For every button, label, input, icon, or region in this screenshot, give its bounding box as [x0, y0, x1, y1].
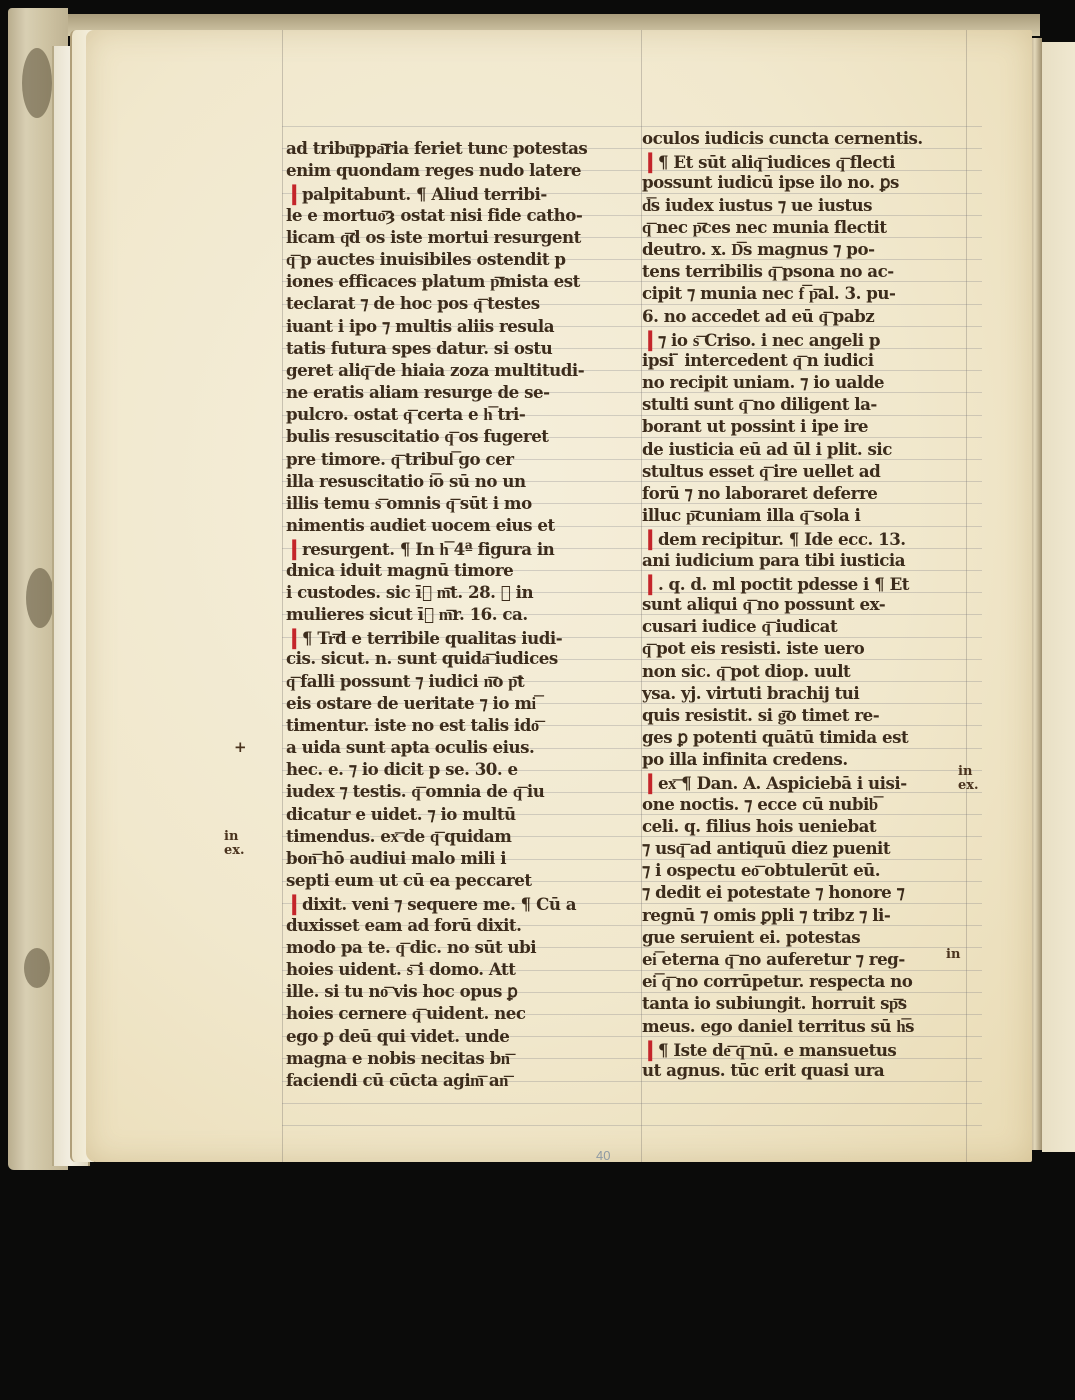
text-line-content: q͞ p auctes inuisibiles ostendit p [286, 250, 566, 270]
text-line-content: celi. q. filius hois ueniebat [642, 817, 876, 837]
text-line: dicatur e uidet. ⁊ io multū [286, 804, 619, 826]
rubricated-initial: ❙ [642, 526, 658, 550]
text-line: cipit ⁊ munia nec f͞ p͞al. 3. pu- [642, 283, 965, 305]
text-line-content: ego ꝑ deū qui videt. unde [286, 1027, 509, 1047]
text-line-content: enim quondam reges nudo latere [286, 161, 581, 181]
text-line-content: ei͞ q͞ no corrūpetur. respecta no [642, 972, 912, 992]
text-line-content: q͞ pot eis resisti. iste uero [642, 639, 864, 659]
text-line-content: illuc p͞cuniam illa q͞ sola i [642, 506, 860, 526]
text-line-content: forū ⁊ no laboraret deferre [642, 484, 877, 504]
text-line-content: ut agnus. tūc erit quasi ura [642, 1061, 884, 1081]
text-line: ❙dixit. veni ⁊ sequere me. ¶ Cū a [286, 892, 619, 914]
text-line-content: cipit ⁊ munia nec f͞ p͞al. 3. pu- [642, 284, 895, 304]
text-line: ⁊ i ospectu eo͞ obtulerūt eū. [642, 860, 965, 882]
text-line: hoies cernere q͞ uident. nec [286, 1003, 619, 1025]
text-line: possunt iudicū ipse ilo no. ꝑs [642, 172, 965, 194]
marginal-cross: + [234, 740, 247, 754]
text-line-content: ipsi ̄ intercedent q͞ n iudici [642, 351, 874, 371]
text-line-content: borant ut possint i ipe ire [642, 417, 868, 437]
text-line: ❙¶ Tr͞d e terribile qualitas iudi- [286, 626, 619, 648]
text-line-content: timentur. iste no est talis ido͞ [286, 716, 539, 736]
text-line: celi. q. filius hois ueniebat [642, 816, 965, 838]
text-column-right: oculos iudicis cuncta cernentis.❙¶ Et sū… [642, 128, 972, 1082]
text-line: teclarat ⁊ de hoc pos q͞ testes [286, 293, 619, 315]
text-line-content: stultus esset q͞ ire uellet ad [642, 462, 880, 482]
text-line: ❙dem recipitur. ¶ Ide ecc. 13. [642, 527, 965, 549]
text-line: non sic. q͞ pot diop. uult [642, 661, 965, 683]
text-line: enim quondam reges nudo latere [286, 160, 619, 182]
text-line: one noctis. ⁊ ecce cū nubib͞ [642, 794, 965, 816]
text-line: cusari iudice q͞ iudicat [642, 616, 965, 638]
rubricated-initial: ❙ [286, 625, 302, 649]
text-line: deutro. x. D͞s magnus ⁊ po- [642, 239, 965, 261]
text-line-content: le e mortuo͞ȝ ostat nisi fide catho- [286, 206, 582, 226]
text-line-content: faciendi cū cūcta agim͞ an͞ [286, 1071, 508, 1091]
text-line-content: d͞s iudex iustus ⁊ ue iustus [642, 196, 872, 216]
text-line: ei͞ eterna q͞ no auferetur ⁊ reg- [642, 949, 965, 971]
ruling-line [282, 1103, 982, 1104]
ruling-line [282, 1125, 982, 1126]
text-line-content: dnica iduit magnū timore [286, 561, 513, 581]
text-line: tatis futura spes datur. si ostu [286, 338, 619, 360]
text-line-content: ⁊ dedit ei potestate ⁊ honore ⁊ [642, 883, 904, 903]
text-line-content: pre timore. q͞ tribul͞ go cer [286, 450, 513, 470]
text-line-content: ⁊ io s͞ Criso. i nec angeli p [658, 331, 880, 351]
text-line: ego ꝑ deū qui videt. unde [286, 1026, 619, 1048]
text-line: ad tribu͞ppa͞ria feriet tunc potestas [286, 138, 619, 160]
text-line: duxisset eam ad forū dixit. [286, 915, 619, 937]
text-line-content: ¶ Et sūt aliq͞ iudices q͞ flecti [658, 153, 895, 173]
text-line-content: bon͞ hō audiui malo mili i [286, 849, 506, 869]
text-line: modo pa te. q͞ dic. no sūt ubi [286, 937, 619, 959]
text-line-content: po illa infinita credens. [642, 750, 848, 770]
text-line: ei͞ q͞ no corrūpetur. respecta no [642, 971, 965, 993]
text-line: regnū ⁊ omis ꝑpli ⁊ tribz ⁊ li- [642, 905, 965, 927]
text-line: illa resuscitatio i͞o sū no un [286, 471, 619, 493]
text-line: tanta io subiungit. horruit sp͞s [642, 993, 965, 1015]
binding-damage [26, 568, 54, 628]
text-line-content: ad tribu͞ppa͞ria feriet tunc potestas [286, 139, 587, 159]
text-line: de iusticia eū ad ūl i plit. sic [642, 439, 965, 461]
text-line: ges ꝑ potenti quātū timida est [642, 727, 965, 749]
text-line-content: q͞ falli possunt ⁊ iudici n͞o p͞t [286, 672, 524, 692]
text-line: ❙¶ Iste de͞ q͞ nū. e mansuetus [642, 1038, 965, 1060]
text-line: borant ut possint i ipe ire [642, 416, 965, 438]
text-line-content: dicatur e uidet. ⁊ io multū [286, 805, 516, 825]
text-line-content: magna e nobis necitas bn͞ [286, 1049, 510, 1069]
text-line: i custodes. sic ī᷑ m͞t. 28. ⁊ in [286, 582, 619, 604]
text-line: illuc p͞cuniam illa q͞ sola i [642, 505, 965, 527]
text-line-content: septi eum ut cū ea peccaret [286, 871, 532, 891]
folio-number: 40 [596, 1148, 610, 1163]
facing-page-edge [1042, 42, 1075, 1152]
text-line: mulieres sicut ī᷑ m͞r. 16. ca. [286, 604, 619, 626]
marginal-note-in-ex: in ex. [958, 765, 988, 793]
text-line: iones efficaces platum p͞mista est [286, 271, 619, 293]
text-line: d͞s iudex iustus ⁊ ue iustus [642, 195, 965, 217]
ruling-line [282, 126, 982, 127]
text-line-content: ⁊ usq͞ ad antiquū diez puenit [642, 839, 890, 859]
text-line: q͞ falli possunt ⁊ iudici n͞o p͞t [286, 671, 619, 693]
text-line: iuant i ipo ⁊ multis aliis resula [286, 316, 619, 338]
text-line: geret aliq͞ de hiaia zoza multitudi- [286, 360, 619, 382]
text-line-content: meus. ego daniel territus sū h͞s [642, 1017, 914, 1037]
text-line-content: hoies cernere q͞ uident. nec [286, 1004, 526, 1024]
text-column-left: ad tribu͞ppa͞ria feriet tunc potestaseni… [286, 138, 626, 1092]
text-line: ani iudicium para tibi iusticia [642, 550, 965, 572]
text-line: septi eum ut cū ea peccaret [286, 870, 619, 892]
text-line: dnica iduit magnū timore [286, 560, 619, 582]
text-line: ❙¶ Et sūt aliq͞ iudices q͞ flecti [642, 150, 965, 172]
text-line-content: tatis futura spes datur. si ostu [286, 339, 552, 359]
text-line-content: sunt aliqui q͞ no possunt ex- [642, 595, 885, 615]
text-line-content: dixit. veni ⁊ sequere me. ¶ Cū a [302, 895, 576, 915]
text-line: eis ostare de ueritate ⁊ io mi͞ [286, 693, 619, 715]
text-line: meus. ego daniel territus sū h͞s [642, 1016, 965, 1038]
text-line-content: iones efficaces platum p͞mista est [286, 272, 580, 292]
binding-damage [24, 948, 50, 988]
rubricated-initial: ❙ [642, 770, 658, 794]
text-line: ut agnus. tūc erit quasi ura [642, 1060, 965, 1082]
text-line-content: a uida sunt apta oculis eius. [286, 738, 534, 758]
text-line-content: mulieres sicut ī᷑ m͞r. 16. ca. [286, 605, 528, 625]
text-line: no recipit uniam. ⁊ io ualde [642, 372, 965, 394]
text-line: ❙ex͞ ¶ Dan. A. Aspiciebā i uisi- [642, 771, 965, 793]
text-line-content: i custodes. sic ī᷑ m͞t. 28. ⁊ in [286, 583, 533, 603]
text-line: cis. sicut. n. sunt quida͞ iudices [286, 648, 619, 670]
text-line-content: resurgent. ¶ In h͞ 4ª figura in [302, 540, 554, 560]
text-line: oculos iudicis cuncta cernentis. [642, 128, 965, 150]
text-line: ⁊ usq͞ ad antiquū diez puenit [642, 838, 965, 860]
text-line-content: deutro. x. D͞s magnus ⁊ po- [642, 240, 875, 260]
text-line-content: de iusticia eū ad ūl i plit. sic [642, 440, 892, 460]
text-line: a uida sunt apta oculis eius. [286, 737, 619, 759]
text-line: magna e nobis necitas bn͞ [286, 1048, 619, 1070]
text-line: le e mortuo͞ȝ ostat nisi fide catho- [286, 205, 619, 227]
text-line-content: quis resistit. si g͞o timet re- [642, 706, 879, 726]
text-line-content: bulis resuscitatio q͞ os fugeret [286, 427, 549, 447]
text-line-content: 6. no accedet ad eū q͞ pabz [642, 307, 874, 327]
text-line: nimentis audiet uocem eius et [286, 515, 619, 537]
text-line: 6. no accedet ad eū q͞ pabz [642, 306, 965, 328]
text-line: timentur. iste no est talis ido͞ [286, 715, 619, 737]
text-line-content: hoies uident. s͞ i domo. Att [286, 960, 515, 980]
text-line: po illa infinita credens. [642, 749, 965, 771]
text-line-content: cusari iudice q͞ iudicat [642, 617, 837, 637]
text-line: gue seruient ei. potestas [642, 927, 965, 949]
text-line-content: ges ꝑ potenti quātū timida est [642, 728, 908, 748]
text-line-content: palpitabunt. ¶ Aliud terribi- [302, 185, 547, 205]
marginal-note-in-ex: in ex. [224, 830, 254, 858]
text-line: sunt aliqui q͞ no possunt ex- [642, 594, 965, 616]
text-line-content: ysa. yj. virtuti brachij tui [642, 684, 859, 704]
text-line: q͞ p auctes inuisibiles ostendit p [286, 249, 619, 271]
text-line-content: iudex ⁊ testis. q͞ omnia de q͞ iu [286, 782, 544, 802]
text-line-content: ⁊ i ospectu eo͞ obtulerūt eū. [642, 861, 880, 881]
text-line-content: oculos iudicis cuncta cernentis. [642, 129, 923, 149]
text-line: bon͞ hō audiui malo mili i [286, 848, 619, 870]
text-line-content: tens terribilis q͞ psona no ac- [642, 262, 894, 282]
text-line-content: . q. d. ml poctit pdesse i ¶ Et [658, 575, 909, 595]
text-line-content: gue seruient ei. potestas [642, 928, 860, 948]
text-line-content: ¶ Tr͞d e terribile qualitas iudi- [302, 629, 562, 649]
text-line-content: modo pa te. q͞ dic. no sūt ubi [286, 938, 536, 958]
binding-damage [22, 48, 52, 118]
text-line: timendus. ex͞ de q͞ quidam [286, 826, 619, 848]
text-line-content: eis ostare de ueritate ⁊ io mi͞ [286, 694, 536, 714]
text-line: forū ⁊ no laboraret deferre [642, 483, 965, 505]
text-line: pre timore. q͞ tribul͞ go cer [286, 449, 619, 471]
manuscript-page: ad tribu͞ppa͞ria feriet tunc potestaseni… [86, 30, 1032, 1162]
text-line: ille. si tu no͞ vis hoc opus ꝑ [286, 981, 619, 1003]
text-line: tens terribilis q͞ psona no ac- [642, 261, 965, 283]
text-line-content: nimentis audiet uocem eius et [286, 516, 555, 536]
text-line: ⁊ dedit ei potestate ⁊ honore ⁊ [642, 882, 965, 904]
text-line-content: teclarat ⁊ de hoc pos q͞ testes [286, 294, 540, 314]
text-line: ❙palpitabunt. ¶ Aliud terribi- [286, 182, 619, 204]
text-line: ipsi ̄ intercedent q͞ n iudici [642, 350, 965, 372]
text-line: ne eratis aliam resurge de se- [286, 382, 619, 404]
text-line: bulis resuscitatio q͞ os fugeret [286, 426, 619, 448]
text-line-content: ex͞ ¶ Dan. A. Aspiciebā i uisi- [658, 774, 907, 794]
text-line-content: tanta io subiungit. horruit sp͞s [642, 994, 907, 1014]
rubricated-initial: ❙ [642, 327, 658, 351]
text-line-content: geret aliq͞ de hiaia zoza multitudi- [286, 361, 584, 381]
text-line-content: cis. sicut. n. sunt quida͞ iudices [286, 649, 558, 669]
rubricated-initial: ❙ [642, 149, 658, 173]
text-line-content: hec. e. ⁊ io dicit p se. 30. e [286, 760, 518, 780]
text-line-content: iuant i ipo ⁊ multis aliis resula [286, 317, 554, 337]
text-line: ysa. yj. virtuti brachij tui [642, 683, 965, 705]
text-line-content: non sic. q͞ pot diop. uult [642, 662, 850, 682]
text-line-content: illa resuscitatio i͞o sū no un [286, 472, 526, 492]
text-line-content: ani iudicium para tibi iusticia [642, 551, 905, 571]
text-line: stulti sunt q͞ no diligent la- [642, 394, 965, 416]
text-line: quis resistit. si g͞o timet re- [642, 705, 965, 727]
text-line: ❙resurgent. ¶ In h͞ 4ª figura in [286, 537, 619, 559]
rubricated-initial: ❙ [286, 536, 302, 560]
rubricated-initial: ❙ [642, 571, 658, 595]
text-line: ❙. q. d. ml poctit pdesse i ¶ Et [642, 572, 965, 594]
text-line: faciendi cū cūcta agim͞ an͞ [286, 1070, 619, 1092]
text-line: q͞ pot eis resisti. iste uero [642, 638, 965, 660]
text-line: pulcro. ostat q͞ certa e h͞ tri- [286, 404, 619, 426]
text-line-content: stulti sunt q͞ no diligent la- [642, 395, 877, 415]
text-line: illis temu s͞ omnis q͞ sūt i mo [286, 493, 619, 515]
text-line-content: q͞ nec p͞ces nec munia flectit [642, 218, 887, 238]
text-line-content: possunt iudicū ipse ilo no. ꝑs [642, 173, 899, 193]
text-line-content: duxisset eam ad forū dixit. [286, 916, 521, 936]
text-line: licam q͞d os iste mortui resurgent [286, 227, 619, 249]
text-line: q͞ nec p͞ces nec munia flectit [642, 217, 965, 239]
text-line: hec. e. ⁊ io dicit p se. 30. e [286, 759, 619, 781]
text-line: stultus esset q͞ ire uellet ad [642, 461, 965, 483]
text-line: ❙⁊ io s͞ Criso. i nec angeli p [642, 328, 965, 350]
text-line-content: ¶ Iste de͞ q͞ nū. e mansuetus [658, 1041, 896, 1061]
text-line-content: regnū ⁊ omis ꝑpli ⁊ tribz ⁊ li- [642, 906, 890, 926]
text-line-content: one noctis. ⁊ ecce cū nubib͞ [642, 795, 878, 815]
text-line: hoies uident. s͞ i domo. Att [286, 959, 619, 981]
rubricated-initial: ❙ [286, 891, 302, 915]
text-line: iudex ⁊ testis. q͞ omnia de q͞ iu [286, 781, 619, 803]
text-line-content: no recipit uniam. ⁊ io ualde [642, 373, 884, 393]
rubricated-initial: ❙ [286, 181, 302, 205]
text-line-content: timendus. ex͞ de q͞ quidam [286, 827, 511, 847]
text-line-content: ille. si tu no͞ vis hoc opus ꝑ [286, 982, 517, 1002]
text-line-content: dem recipitur. ¶ Ide ecc. 13. [658, 530, 906, 550]
text-line-content: licam q͞d os iste mortui resurgent [286, 228, 581, 248]
text-line-content: ei͞ eterna q͞ no auferetur ⁊ reg- [642, 950, 905, 970]
text-line-content: pulcro. ostat q͞ certa e h͞ tri- [286, 405, 525, 425]
marginal-note: in [946, 948, 960, 962]
rubricated-initial: ❙ [642, 1037, 658, 1061]
text-line-content: ne eratis aliam resurge de se- [286, 383, 550, 403]
text-line-content: illis temu s͞ omnis q͞ sūt i mo [286, 494, 532, 514]
